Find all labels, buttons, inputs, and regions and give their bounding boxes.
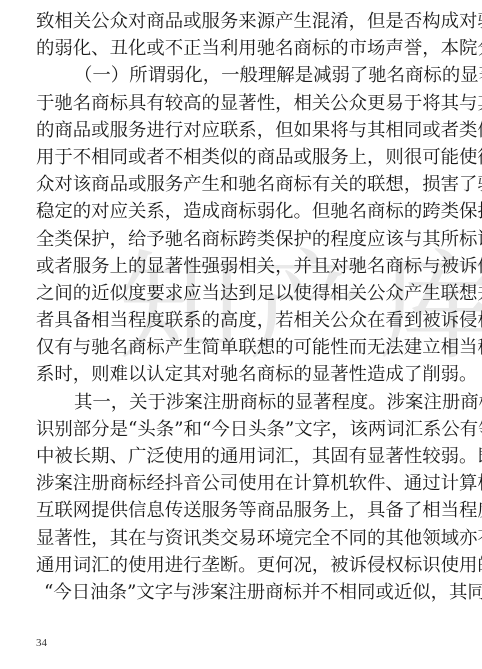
text-line: 全类保护，给予驰名商标跨类保护的程度应该与其所标识的商品: [36, 226, 460, 253]
text-line: “今日油条”文字与涉案注册商标并不相同或近似，其同样是将: [36, 579, 460, 606]
text-line: 系时，则难以认定其对驰名商标的显著性造成了削弱。: [36, 361, 460, 388]
text-line: 稳定的对应关系，造成商标弱化。但驰名商标的跨类保护不等于: [36, 198, 460, 225]
text-line: （一）所谓弱化，一般理解是减弱了驰名商标的显著性。由: [36, 62, 460, 89]
text-line: 或者服务上的显著性强弱相关，并且对驰名商标与被诉侵权商标: [36, 253, 460, 280]
text-line: 致相关公众对商品或服务来源产生混淆，但是否构成对驰名商标: [36, 8, 460, 35]
text-line: 通用词汇的使用进行垄断。更何况，被诉侵权标识使用的“油条”、: [36, 552, 460, 579]
text-line: 识别部分是“头条”和“今日头条”文字，该两词汇系公有领域: [36, 416, 460, 443]
text-line: 互联网提供信息传送服务等商品服务上，具备了相当程度的获得: [36, 497, 460, 524]
page-number: 34: [36, 637, 47, 649]
text-line: 众对该商品或服务产生和驰名商标有关的联想，损害了驰名商标: [36, 171, 460, 198]
text-line: 显著性，其在与资讯类交易环境完全不同的其他领域亦不能对该: [36, 525, 460, 552]
document-page: 知产库 致相关公众对商品或服务来源产生混淆，但是否构成对驰名商标的弱化、丑化或不…: [0, 0, 482, 669]
text-line: 其一，关于涉案注册商标的显著程度。涉案注册商标的主要: [36, 389, 460, 416]
text-line: 者具备相当程度联系的高度，若相关公众在看到被诉侵权商标时: [36, 307, 460, 334]
text-line: 之间的近似度要求应当达到足以使得相关公众产生联想并认为二: [36, 280, 460, 307]
text-line: 用于不相同或者不相类似的商品或服务上，则很可能使得相关公: [36, 144, 460, 171]
text-line: 的商品或服务进行对应联系，但如果将与其相同或者类似的商标: [36, 117, 460, 144]
text-line: 仅有与驰名商标产生简单联想的可能性而无法建立相当程度的联: [36, 334, 460, 361]
text-line: 中被长期、广泛使用的通用词汇，其固有显著性较弱。即使认为: [36, 443, 460, 470]
text-line: 涉案注册商标经抖音公司使用在计算机软件、通过计算机软件或: [36, 470, 460, 497]
text-line: 的弱化、丑化或不正当利用驰名商标的市场声誉，本院分述如下:: [36, 35, 460, 62]
text-line: 于驰名商标具有较高的显著性，相关公众更易于将其与其所标识: [36, 90, 460, 117]
body-text: 致相关公众对商品或服务来源产生混淆，但是否构成对驰名商标的弱化、丑化或不正当利用…: [36, 8, 460, 606]
